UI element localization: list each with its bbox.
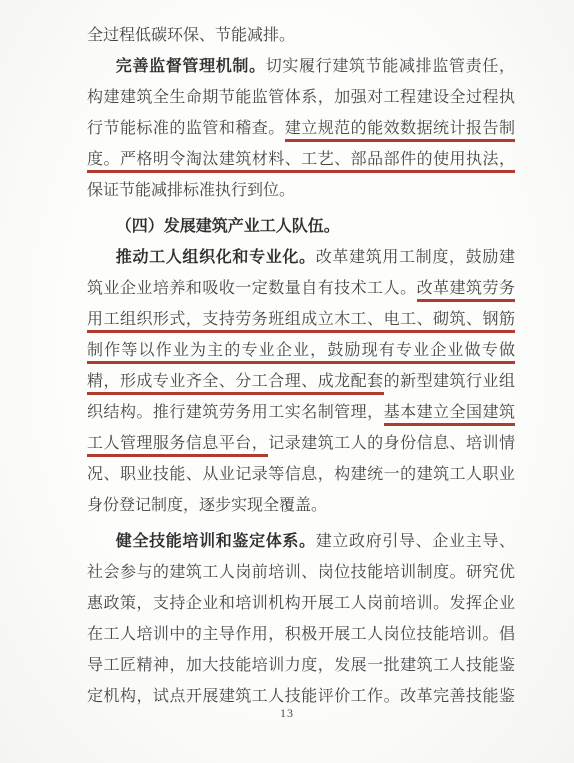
text-line: 制作等以作业为主的专业企业，鼓励现有专业企业做专做: [87, 335, 515, 366]
text-line: 身份登记制度，逐步实现全覆盖。: [87, 490, 515, 521]
text-line: 精，形成专业齐全、分工合理、成龙配套的新型建筑行业组: [87, 366, 515, 397]
bold-lead-text: 推动工人组织化和专业化。: [116, 249, 316, 266]
section-heading-line: （四）发展建筑产业工人队伍。: [87, 211, 515, 242]
red-underlined-text: 建立规范的能效数据统计报告制: [285, 120, 515, 142]
body-text: 的新型建筑行业组: [384, 373, 515, 390]
body-text: 社会参与的建筑工人岗前培训、岗位技能培训制度。研究优: [87, 564, 515, 581]
text-line: 构建建筑全生命期节能监管体系，加强对工程建设全过程执: [87, 82, 515, 113]
text-line: 况、职业技能、从业记录等信息，构建统一的建筑工人职业: [87, 459, 515, 490]
body-text: 导工匠精神，加大技能培训力度，发展一批建筑工人技能鉴: [87, 657, 515, 674]
red-underlined-text: 制作等以作业为主的专业企业，鼓励现有专业企业做专做: [87, 342, 515, 364]
body-text: 全过程低碳环保、节能减排。: [87, 27, 295, 44]
red-underlined-text: 工人管理服务信息平台，: [87, 435, 268, 457]
text-line: 社会参与的建筑工人岗前培训、岗位技能培训制度。研究优: [87, 557, 515, 588]
document-lines: 全过程低碳环保、节能减排。完善监督管理机制。切实履行建筑节能减排监管责任，构建建…: [87, 20, 515, 712]
body-text: 身份登记制度，逐步实现全覆盖。: [87, 497, 327, 514]
text-line: 保证节能减排标准执行到位。: [87, 175, 515, 206]
text-line: 工人管理服务信息平台，记录建筑工人的身份信息、培训情: [87, 428, 515, 459]
text-line: 完善监督管理机制。切实履行建筑节能减排监管责任，: [87, 51, 515, 82]
red-underlined-text: 改革建筑劳务: [417, 280, 515, 302]
red-underlined-text: 用工组织形式，支持劳务班组成立木工、电工、砌筑、钢筋: [87, 311, 515, 333]
red-underlined-text: 精，形成专业齐全、分工合理、成龙配套: [87, 373, 384, 395]
body-text: 建立政府引导、企业主导、: [316, 533, 515, 550]
body-text: 惠政策，支持企业和培训机构开展工人岗前培训。发挥企业: [87, 595, 515, 612]
bold-lead-text: （四）发展建筑产业工人队伍。: [116, 218, 340, 235]
text-line: 惠政策，支持企业和培训机构开展工人岗前培训。发挥企业: [87, 588, 515, 619]
text-line: 用工组织形式，支持劳务班组成立木工、电工、砌筑、钢筋: [87, 304, 515, 335]
page-number: 13: [0, 706, 574, 721]
text-line: 健全技能培训和鉴定体系。建立政府引导、企业主导、: [87, 526, 515, 557]
body-text: 筑业企业培养和吸收一定数量自有技术工人。: [87, 280, 417, 297]
body-text: 况、职业技能、从业记录等信息，构建统一的建筑工人职业: [87, 466, 515, 483]
document-page: 全过程低碳环保、节能减排。完善监督管理机制。切实履行建筑节能减排监管责任，构建建…: [0, 0, 574, 763]
text-line: 推动工人组织化和专业化。改革建筑用工制度，鼓励建: [87, 242, 515, 273]
body-text: 织结构。推行建筑劳务用工实名制管理，: [87, 404, 384, 421]
body-text: 定机构，试点开展建筑工人技能评价工作。改革完善技能鉴: [87, 688, 515, 705]
text-line: 度。严格明令淘汰建筑材料、工艺、部品部件的使用执法，: [87, 144, 515, 175]
bold-lead-text: 完善监督管理机制。: [116, 58, 266, 75]
body-text: 切实履行建筑节能减排监管责任，: [266, 58, 515, 75]
body-text: 在工人培训中的主导作用，积极开展工人岗位技能培训。倡: [87, 626, 515, 643]
body-text: 改革建筑用工制度，鼓励建: [316, 249, 515, 266]
text-line: 全过程低碳环保、节能减排。: [87, 20, 515, 51]
red-underlined-text: 度。严格明令淘汰建筑材料、工艺、部品部件的使用执法，: [87, 151, 515, 173]
text-line: 在工人培训中的主导作用，积极开展工人岗位技能培训。倡: [87, 619, 515, 650]
body-text: 行节能标准的监管和稽查。: [87, 120, 285, 137]
bold-lead-text: 健全技能培训和鉴定体系。: [116, 533, 316, 550]
text-line: 导工匠精神，加大技能培训力度，发展一批建筑工人技能鉴: [87, 650, 515, 681]
body-text: 记录建筑工人的身份信息、培训情: [268, 435, 515, 452]
text-line: 织结构。推行建筑劳务用工实名制管理，基本建立全国建筑: [87, 397, 515, 428]
text-line: 行节能标准的监管和稽查。建立规范的能效数据统计报告制: [87, 113, 515, 144]
body-text: 构建建筑全生命期节能监管体系，加强对工程建设全过程执: [87, 89, 515, 106]
body-text: 保证节能减排标准执行到位。: [87, 182, 295, 199]
red-underlined-text: 基本建立全国建筑: [384, 404, 515, 426]
text-line: 筑业企业培养和吸收一定数量自有技术工人。改革建筑劳务: [87, 273, 515, 304]
